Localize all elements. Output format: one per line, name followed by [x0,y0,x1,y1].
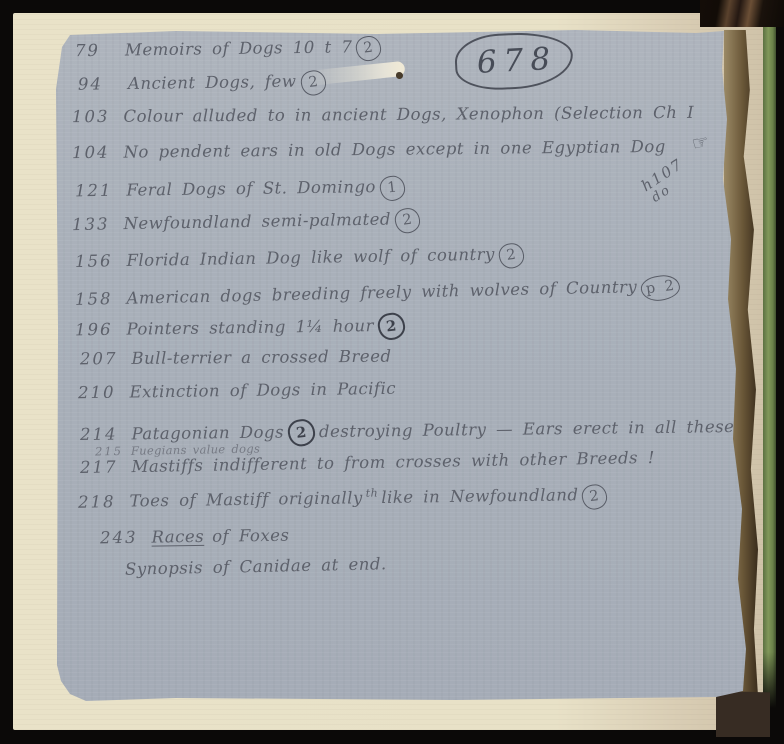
entry-page-number: 196 [75,320,113,340]
circled-number: 2 [355,35,383,63]
entry-text: Memoirs of Dogs 10 t 7 [125,37,353,59]
manuscript-line: 94Ancient Dogs, few2 [78,70,330,99]
page-corner-shadow [716,691,770,737]
entry-page-number: 218 [78,492,116,512]
manuscript-line: 243Racesof Foxes [100,526,290,548]
entry-text: like in Newfoundland [381,485,578,507]
manuscript-line: 218Toes of Mastiff originallythlike in N… [78,483,612,516]
entry-page-number: 133 [72,214,110,234]
manuscript-sheet: 678 79Memoirs of Dogs 10 t 72 94Ancient … [56,29,751,701]
binding-strip [763,7,776,708]
manuscript-line: 121Feral Dogs of St. Domingo1 [75,176,409,206]
entry-page-number: 217 [80,457,118,477]
circled-number: 2 [299,69,327,97]
entry-text: Patagonian Dogs [131,423,284,444]
circled-number: 2 [581,483,609,511]
entry-page-number: 156 [75,251,113,271]
manuscript-line: 156Florida Indian Dog like wolf of count… [75,243,528,276]
entry-page-number: 214 [80,425,118,444]
entry-page-number: 158 [75,289,113,309]
entry-text: No pendent ears in old Dogs except in on… [123,137,665,162]
circled-number: 2 [497,242,525,270]
superscript-note: th [366,487,379,500]
circled-number: 2 [286,418,316,448]
entry-text-underlined: Races [151,527,204,547]
manuscript-line: 79Memoirs of Dogs 10 t 72 [75,36,386,65]
entry-text: Newfoundland semi-palmated [123,210,391,234]
entry-page-number: 207 [80,349,118,368]
circled-number: 2 [376,311,406,341]
circled-number: 1 [379,175,407,203]
entry-page-number: 210 [78,383,116,403]
entry-text: American dogs breeding freely with wolve… [126,277,637,308]
entry-page-number: 121 [75,181,113,201]
manuscript-line: Synopsis of Canidae at end. [125,554,387,578]
circled-number: 2 [394,207,422,235]
entry-text: of Foxes [212,526,290,546]
entry-text: Feral Dogs of St. Domingo [126,177,376,199]
manuscript-line: 103Colour alluded to in ancient Dogs, Xe… [72,103,694,126]
manuscript-line: 158American dogs breeding freely with wo… [75,275,684,314]
entry-text: destroying Poultry — Ears erect in all t… [319,417,735,441]
entry-page-number: 104 [72,143,110,162]
entry-page-number: 94 [78,74,114,94]
entry-text: Pointers standing 1¼ hour [126,316,374,338]
entry-text: Florida Indian Dog like wolf of country [126,245,495,270]
entry-page-number: 243 [100,528,138,548]
paper-tear-speck [396,72,403,79]
circled-number: p 2 [640,273,681,303]
entry-text: Extinction of Dogs in Pacific [129,379,396,402]
entry-page-number: 103 [72,107,110,126]
entry-text: Colour alluded to in ancient Dogs, Xenop… [123,103,694,126]
manuscript-line: 104No pendent ears in old Dogs except in… [72,137,666,162]
entry-text: Toes of Mastiff originally [129,488,363,510]
scanned-document-view: 678 79Memoirs of Dogs 10 t 72 94Ancient … [0,0,784,744]
manuscript-line: 210Extinction of Dogs in Pacific [78,379,396,402]
page-number-circled: 678 [454,30,575,92]
entry-text: Bull-terrier a crossed Breed [131,347,391,368]
book-spine-edge [700,0,784,27]
entry-page-number: 215 [95,444,123,458]
manuscript-line: 133Newfoundland semi-palmated2 [72,208,424,239]
entry-text: Ancient Dogs, few [128,72,297,93]
entry-text: Synopsis of Canidae at end. [125,554,387,578]
entry-page-number: 79 [75,41,111,61]
manuscript-line: 196Pointers standing 1¼ hour2 [75,313,409,345]
manuscript-line: 207Bull-terrier a crossed Breed [80,347,392,369]
